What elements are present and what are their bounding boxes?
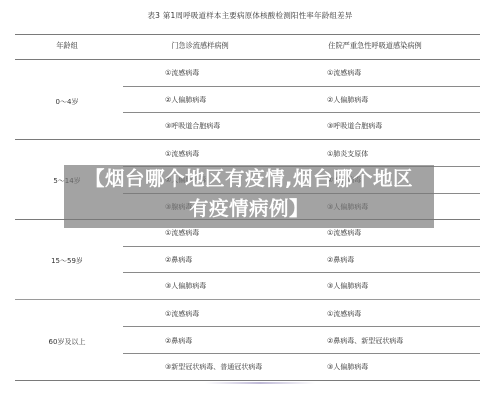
- scan-artifact: [205, 382, 315, 384]
- inpatient-item: ②鼻病毒、新型冠状病毒: [327, 336, 403, 346]
- outpatient-item: ①流感病毒: [165, 228, 199, 238]
- outpatient-item: ②人偏肺病毒: [165, 95, 206, 105]
- inpatient-item: ③人偏肺病毒: [327, 281, 368, 291]
- inpatient-item: ①肺炎支原体: [327, 149, 368, 159]
- row-divider: [123, 112, 480, 113]
- inpatient-item: ②鼻病毒: [327, 255, 354, 265]
- banner-line-1: 【烟台哪个地区有疫情,烟台哪个地区: [64, 165, 434, 193]
- table-caption: 表3 第1周呼吸道样本主要病原体核酸检测阳性率年龄组差异: [0, 10, 500, 21]
- age-group-label: 60岁及以上: [17, 337, 117, 347]
- outpatient-item: ③呼吸道合胞病毒: [165, 121, 220, 131]
- outpatient-item: ①流感病毒: [165, 309, 199, 319]
- outpatient-item: ③新型冠状病毒、普通冠状病毒: [165, 362, 262, 372]
- header-age-group: 年龄组: [17, 41, 117, 51]
- age-group-label: 15～59岁: [17, 256, 117, 266]
- title-overlay-banner: 【烟台哪个地区有疫情,烟台哪个地区 有疫情病例】: [64, 165, 434, 223]
- header-outpatient: 门急诊流感样病例: [150, 41, 250, 51]
- inpatient-item: ①流感病毒: [327, 68, 361, 78]
- outpatient-item: ②鼻病毒: [165, 336, 192, 346]
- row-divider: [123, 246, 480, 247]
- row-divider: [123, 272, 480, 273]
- banner-line-2: 有疫情病例】: [64, 195, 434, 223]
- group-divider: [15, 299, 480, 300]
- outpatient-item: ②鼻病毒: [165, 255, 192, 265]
- table-top-rule: [15, 34, 480, 35]
- inpatient-item: ③呼吸道合胞病毒: [327, 121, 382, 131]
- inpatient-item: ①流感病毒: [327, 228, 361, 238]
- table-bottom-rule: [15, 380, 480, 381]
- document-page: 表3 第1周呼吸道样本主要病原体核酸检测阳性率年龄组差异 年龄组 门急诊流感样病…: [0, 0, 500, 393]
- outpatient-item: ①流感病毒: [165, 149, 199, 159]
- outpatient-item: ③人偏肺病毒: [165, 281, 206, 291]
- header-inpatient: 住院严重急性呼吸道感染病例: [300, 41, 450, 51]
- row-divider: [123, 86, 480, 87]
- group-divider: [15, 139, 480, 140]
- row-divider: [123, 326, 480, 327]
- outpatient-item: ①流感病毒: [165, 68, 199, 78]
- inpatient-item: ②人偏肺病毒: [327, 95, 368, 105]
- row-divider: [123, 353, 480, 354]
- age-group-label: 0～4岁: [17, 97, 117, 107]
- inpatient-item: ①流感病毒: [327, 309, 361, 319]
- inpatient-item: ③人偏肺病毒: [327, 362, 368, 372]
- header-bottom-rule: [15, 59, 480, 60]
